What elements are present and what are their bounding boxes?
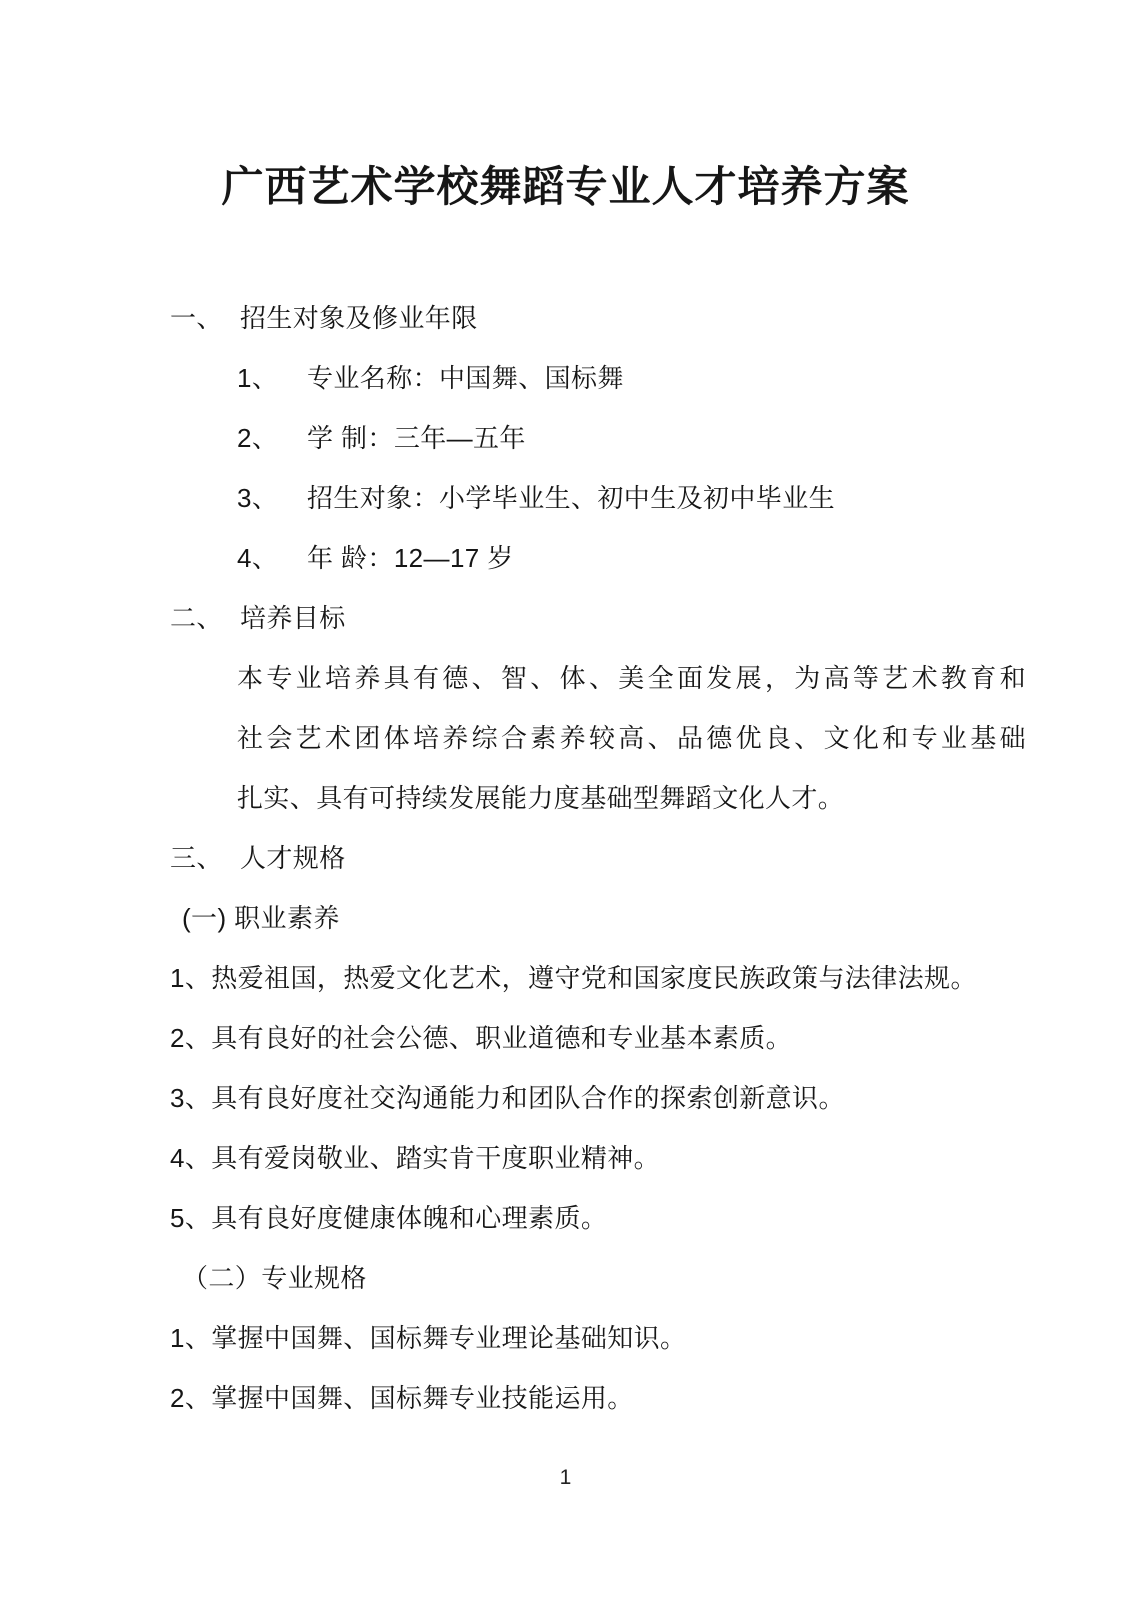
section-marker: 二、 xyxy=(170,588,240,648)
section-marker: 三、 xyxy=(170,828,240,888)
sub-item-marker: 1、 xyxy=(237,348,307,408)
numbered-item: 3、具有良好度社交沟通能力和团队合作的探索创新意识。 xyxy=(0,1068,1131,1128)
document-title: 广西艺术学校舞蹈专业人才培养方案 xyxy=(0,0,1131,217)
sub-item: 1、专业名称：中国舞、国标舞 xyxy=(0,348,1131,408)
numbered-item: 2、掌握中国舞、国标舞专业技能运用。 xyxy=(0,1368,1131,1428)
paragraph-line: 本专业培养具有德、智、体、美全面发展，为高等艺术教育和 xyxy=(237,648,1026,708)
numbered-item: 5、具有良好度健康体魄和心理素质。 xyxy=(0,1188,1131,1248)
sub-item-text: 招生对象：小学毕业生、初中生及初中毕业生 xyxy=(307,483,835,513)
numbered-item: 4、具有爱岗敬业、踏实肯干度职业精神。 xyxy=(0,1128,1131,1188)
sub-item: 3、招生对象：小学毕业生、初中生及初中毕业生 xyxy=(0,468,1131,528)
numbered-item: 1、掌握中国舞、国标舞专业理论基础知识。 xyxy=(0,1308,1131,1368)
section-marker: 一、 xyxy=(170,288,240,348)
numbered-item: 2、具有良好的社会公德、职业道德和专业基本素质。 xyxy=(0,1008,1131,1068)
section-heading: 一、招生对象及修业年限 xyxy=(0,288,1131,348)
sub-heading: (一) 职业素养 xyxy=(0,888,1131,948)
section-heading-text: 招生对象及修业年限 xyxy=(240,303,478,333)
sub-item-marker: 4、 xyxy=(237,528,307,588)
sub-item-text: 专业名称：中国舞、国标舞 xyxy=(307,363,624,393)
section-heading-text: 培养目标 xyxy=(240,603,346,633)
paragraph-line: 扎实、具有可持续发展能力度基础型舞蹈文化人才。 xyxy=(237,768,1131,828)
sub-item-marker: 3、 xyxy=(237,468,307,528)
numbered-item: 1、热爱祖国，热爱文化艺术，遵守党和国家度民族政策与法律法规。 xyxy=(0,948,1131,1008)
section-heading-text: 人才规格 xyxy=(240,843,346,873)
page-number: 1 xyxy=(0,1448,1131,1508)
sub-item-text: 年 龄：12—17 岁 xyxy=(307,543,514,573)
sub-item: 2、学 制：三年—五年 xyxy=(0,408,1131,468)
document-body: 一、招生对象及修业年限1、专业名称：中国舞、国标舞2、学 制：三年—五年3、招生… xyxy=(0,288,1131,1428)
section-heading: 二、培养目标 xyxy=(0,588,1131,648)
paragraph-line: 社会艺术团体培养综合素养较高、品德优良、文化和专业基础 xyxy=(237,708,1026,768)
sub-item-text: 学 制：三年—五年 xyxy=(307,423,526,453)
sub-item-marker: 2、 xyxy=(237,408,307,468)
sub-heading: （二）专业规格 xyxy=(0,1248,1131,1308)
sub-item: 4、年 龄：12—17 岁 xyxy=(0,528,1131,588)
section-heading: 三、人才规格 xyxy=(0,828,1131,888)
document-page: 广西艺术学校舞蹈专业人才培养方案 一、招生对象及修业年限1、专业名称：中国舞、国… xyxy=(0,0,1131,1600)
